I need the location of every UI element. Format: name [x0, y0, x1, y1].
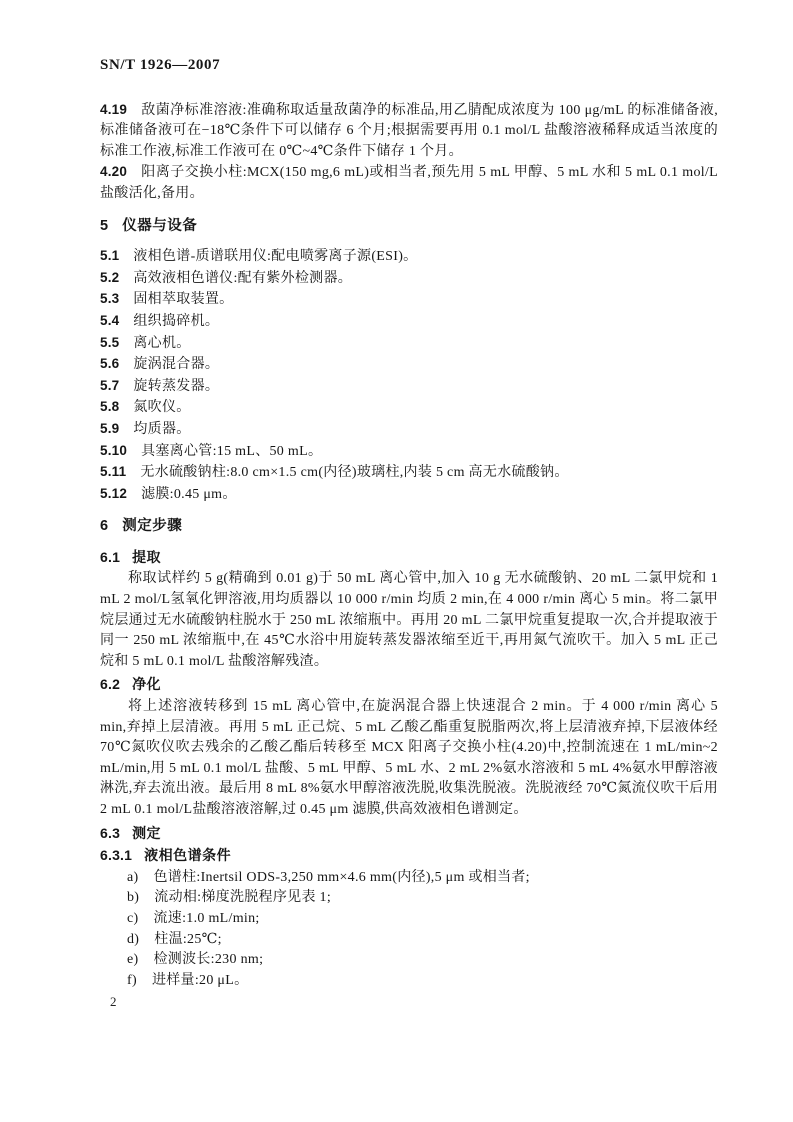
- lc-condition-item-f: f)进样量:20 μL。: [100, 971, 718, 992]
- clause-text: 固相萃取装置。: [133, 292, 233, 307]
- equipment-item-5-11: 5.11无水硫酸钠柱:8.0 cm×1.5 cm(内径)玻璃柱,内装 5 cm …: [100, 462, 718, 484]
- equipment-item-5-1: 5.1液相色谱-质谱联用仪:配电喷雾离子源(ESI)。: [100, 246, 718, 268]
- lc-condition-item-c: c)流速:1.0 mL/min;: [100, 909, 718, 930]
- doc-number: SN/T 1926—2007: [100, 55, 718, 76]
- clause-number: 5.1: [100, 248, 119, 263]
- clause-text: 具塞离心管:15 mL、50 mL。: [141, 444, 322, 459]
- page-number: 2: [110, 994, 117, 1010]
- lc-condition-item-a: a)色谱柱:Inertsil ODS-3,250 mm×4.6 mm(内径),5…: [100, 868, 718, 889]
- subclause-number: 6.3: [100, 825, 120, 841]
- clause-number: 5.9: [100, 421, 119, 436]
- list-item-text: 流速:1.0 mL/min;: [153, 911, 259, 926]
- subclause-6-3-1-heading: 6.3.1液相色谱条件: [100, 845, 718, 866]
- equipment-item-5-10: 5.10具塞离心管:15 mL、50 mL。: [100, 441, 718, 463]
- clause-number: 5.5: [100, 335, 119, 350]
- lc-condition-item-e: e)检测波长:230 nm;: [100, 950, 718, 971]
- section-5-heading: 5仪器与设备: [100, 216, 718, 237]
- clause-4-19: 4.19敌菌净标准溶液:准确称取适量敌菌净的标准品,用乙腈配成浓度为 100 μ…: [100, 100, 718, 163]
- equipment-item-5-7: 5.7旋转蒸发器。: [100, 376, 718, 398]
- clause-text: 滤膜:0.45 μm。: [141, 487, 237, 502]
- clause-number: 5.10: [100, 443, 127, 458]
- section-number: 6: [100, 518, 108, 534]
- subclause-number: 6.3.1: [100, 847, 132, 863]
- list-marker: f): [127, 973, 137, 988]
- clause-number: 5.2: [100, 270, 119, 285]
- clause-text: 氮吹仪。: [133, 400, 190, 415]
- clause-text: 均质器。: [133, 422, 190, 437]
- clause-text: 阳离子交换小柱:MCX(150 mg,6 mL)或相当者,预先用 5 mL 甲醇…: [100, 165, 718, 201]
- list-item-text: 流动相:梯度洗脱程序见表 1;: [154, 890, 331, 905]
- list-marker: b): [127, 890, 139, 905]
- clause-text: 高效液相色谱仪:配有紫外检测器。: [133, 271, 352, 286]
- clause-number: 5.12: [100, 486, 127, 501]
- clause-text: 无水硫酸钠柱:8.0 cm×1.5 cm(内径)玻璃柱,内装 5 cm 高无水硫…: [140, 465, 568, 480]
- document-page: SN/T 1926—2007 4.19敌菌净标准溶液:准确称取适量敌菌净的标准品…: [0, 0, 793, 1122]
- list-item-text: 检测波长:230 nm;: [153, 952, 263, 967]
- list-item-text: 进样量:20 μL。: [152, 973, 248, 988]
- clause-text: 旋涡混合器。: [133, 357, 219, 372]
- subclause-6-1-heading: 6.1提取: [100, 547, 718, 568]
- equipment-item-5-6: 5.6旋涡混合器。: [100, 354, 718, 376]
- clause-text: 离心机。: [133, 336, 190, 351]
- clause-text: 组织捣碎机。: [133, 314, 219, 329]
- section-number: 5: [100, 218, 108, 234]
- equipment-item-5-8: 5.8氮吹仪。: [100, 397, 718, 419]
- clause-text: 敌菌净标准溶液:准确称取适量敌菌净的标准品,用乙腈配成浓度为 100 μg/mL…: [100, 103, 718, 159]
- clause-number: 5.7: [100, 378, 119, 393]
- clause-number: 5.6: [100, 356, 119, 371]
- paragraph-cleanup: 将上述溶液转移到 15 mL 离心管中,在旋涡混合器上快速混合 2 min。于 …: [100, 697, 718, 821]
- clause-text: 旋转蒸发器。: [133, 379, 219, 394]
- clause-4-20: 4.20阳离子交换小柱:MCX(150 mg,6 mL)或相当者,预先用 5 m…: [100, 162, 718, 204]
- clause-number: 5.3: [100, 291, 119, 306]
- list-marker: a): [127, 870, 138, 885]
- subclause-6-3-heading: 6.3测定: [100, 823, 718, 844]
- equipment-item-5-9: 5.9均质器。: [100, 419, 718, 441]
- subclause-number: 6.2: [100, 676, 120, 692]
- clause-number: 4.20: [100, 164, 127, 179]
- subclause-title: 净化: [132, 676, 161, 692]
- list-marker: d): [127, 932, 139, 947]
- subclause-title: 测定: [132, 825, 161, 841]
- subclause-number: 6.1: [100, 549, 120, 565]
- paragraph-extraction: 称取试样约 5 g(精确到 0.01 g)于 50 mL 离心管中,加入 10 …: [100, 569, 718, 672]
- section-title: 仪器与设备: [122, 218, 197, 234]
- clause-number: 5.4: [100, 313, 119, 328]
- subclause-title: 液相色谱条件: [144, 847, 231, 863]
- equipment-item-5-2: 5.2高效液相色谱仪:配有紫外检测器。: [100, 268, 718, 290]
- subclause-title: 提取: [132, 549, 161, 565]
- list-item-text: 柱温:25℃;: [154, 932, 222, 947]
- list-item-text: 色谱柱:Inertsil ODS-3,250 mm×4.6 mm(内径),5 μ…: [153, 870, 529, 885]
- subclause-6-2-heading: 6.2净化: [100, 674, 718, 695]
- lc-condition-item-b: b)流动相:梯度洗脱程序见表 1;: [100, 888, 718, 909]
- list-marker: c): [127, 911, 138, 926]
- lc-condition-item-d: d)柱温:25℃;: [100, 930, 718, 951]
- equipment-item-5-5: 5.5离心机。: [100, 333, 718, 355]
- clause-text: 液相色谱-质谱联用仪:配电喷雾离子源(ESI)。: [133, 249, 417, 264]
- section-title: 测定步骤: [122, 518, 182, 534]
- clause-number: 4.19: [100, 102, 127, 117]
- page-content: SN/T 1926—2007 4.19敌菌净标准溶液:准确称取适量敌菌净的标准品…: [100, 55, 718, 991]
- equipment-item-5-12: 5.12滤膜:0.45 μm。: [100, 484, 718, 506]
- clause-number: 5.11: [100, 464, 126, 479]
- clause-number: 5.8: [100, 399, 119, 414]
- equipment-item-5-3: 5.3固相萃取装置。: [100, 289, 718, 311]
- equipment-item-5-4: 5.4组织捣碎机。: [100, 311, 718, 333]
- section-6-heading: 6测定步骤: [100, 516, 718, 537]
- list-marker: e): [127, 952, 138, 967]
